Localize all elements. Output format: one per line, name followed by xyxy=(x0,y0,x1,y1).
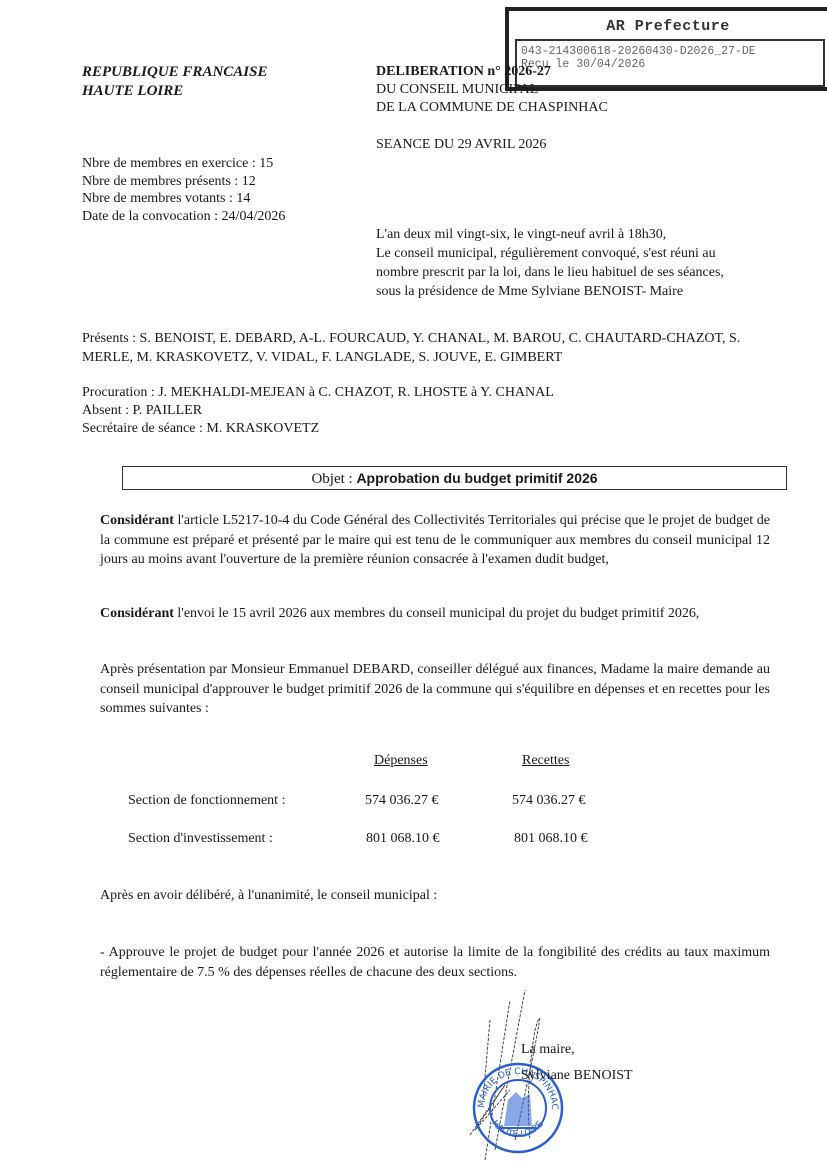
cell-depenses-investissement: 801 068.10 € xyxy=(366,831,440,847)
subject-value: Approbation du budget primitif 2026 xyxy=(356,470,597,486)
decision-paragraph: - Approuve le projet de budget pour l'an… xyxy=(100,943,770,982)
column-header-recettes: Recettes xyxy=(522,753,569,769)
commune-label: DE LA COMMUNE DE CHASPINHAC xyxy=(376,99,608,117)
ar-reference: 043-214300618-20260430-D2026_27-DE xyxy=(517,45,823,58)
issuer-block: REPUBLIQUE FRANCAISE HAUTE LOIRE xyxy=(82,63,267,101)
deliberation-title: DELIBERATION n° 2026-27 xyxy=(376,63,608,81)
considering-text: l'article L5217-10-4 du Code Général des… xyxy=(100,513,770,567)
deliberation-statement: Après en avoir délibéré, à l'unanimité, … xyxy=(100,886,770,906)
absent: Absent : P. PAILLER xyxy=(82,402,554,420)
intro-line: L'an deux mil vingt-six, le vingt-neuf a… xyxy=(376,225,724,244)
intro-line: Le conseil municipal, régulièrement conv… xyxy=(376,244,724,263)
considering-text: l'envoi le 15 avril 2026 aux membres du … xyxy=(174,606,699,621)
deliberation-number: 2026-27 xyxy=(504,64,551,79)
attendance-details: Procuration : J. MEKHALDI-MEJEAN à C. CH… xyxy=(82,384,554,438)
department-label: HAUTE LOIRE xyxy=(82,82,267,101)
considering-paragraph-2: Considérant l'envoi le 15 avril 2026 aux… xyxy=(100,604,770,624)
ar-stamp-title: AR Prefecture xyxy=(509,18,827,35)
cell-recettes-investissement: 801 068.10 € xyxy=(514,831,588,847)
republic-label: REPUBLIQUE FRANCAISE xyxy=(82,63,267,82)
convocation-date: Date de la convocation : 24/04/2026 xyxy=(82,208,285,226)
council-label: DU CONSEIL MUNICIPAL xyxy=(376,81,608,99)
signatory-name: Sylviane BENOIST xyxy=(521,1063,633,1089)
members-present: Nbre de membres présents : 12 xyxy=(82,173,285,191)
row-label-investissement: Section d'investissement : xyxy=(128,831,273,847)
members-in-office: Nbre de membres en exercice : 15 xyxy=(82,155,285,173)
presentation-paragraph: Après présentation par Monsieur Emmanuel… xyxy=(100,660,770,719)
present-members: Présents : S. BENOIST, E. DEBARD, A-L. F… xyxy=(82,329,762,367)
considering-keyword: Considérant xyxy=(100,606,174,621)
considering-keyword: Considérant xyxy=(100,513,174,528)
column-header-depenses: Dépenses xyxy=(374,753,428,769)
signatory-title: La maire, xyxy=(521,1037,633,1063)
session-date: SEANCE DU 29 AVRIL 2026 xyxy=(376,137,546,153)
cell-recettes-fonctionnement: 574 036.27 € xyxy=(512,793,586,809)
subject-box: Objet : Approbation du budget primitif 2… xyxy=(122,466,787,490)
signature-block: La maire, Sylviane BENOIST xyxy=(521,1037,633,1089)
session-intro: L'an deux mil vingt-six, le vingt-neuf a… xyxy=(376,225,724,301)
subject-label: Objet : xyxy=(311,471,352,487)
intro-line: nombre prescrit par la loi, dans le lieu… xyxy=(376,263,724,282)
session-secretary: Secrétaire de séance : M. KRASKOVETZ xyxy=(82,420,554,438)
row-label-fonctionnement: Section de fonctionnement : xyxy=(128,793,285,809)
members-voting: Nbre de membres votants : 14 xyxy=(82,190,285,208)
intro-line: sous la présidence de Mme Sylviane BENOI… xyxy=(376,282,724,301)
considering-paragraph-1: Considérant l'article L5217-10-4 du Code… xyxy=(100,511,770,570)
deliberation-header: DELIBERATION n° 2026-27 DU CONSEIL MUNIC… xyxy=(376,63,608,117)
cell-depenses-fonctionnement: 574 036.27 € xyxy=(365,793,439,809)
members-summary: Nbre de membres en exercice : 15 Nbre de… xyxy=(82,155,285,225)
deliberation-label: DELIBERATION n° xyxy=(376,64,501,79)
procuration: Procuration : J. MEKHALDI-MEJEAN à C. CH… xyxy=(82,384,554,402)
